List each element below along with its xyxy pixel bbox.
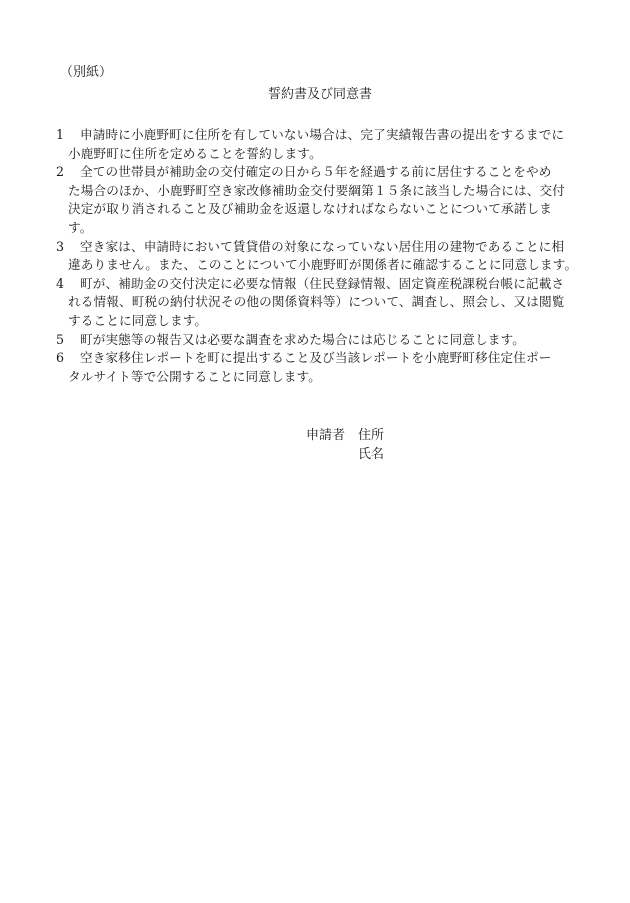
address-label: 住所	[358, 426, 418, 445]
applicant-label-spacer	[306, 445, 358, 464]
annex-label: （別紙）	[60, 64, 112, 82]
item-number: 2	[56, 163, 68, 182]
item-number: 6	[56, 349, 68, 368]
item-line: 町が実態等の報告又は必要な調査を求めた場合には応じることに同意します。	[80, 331, 596, 350]
item-line: 申請時に小鹿野町に住所を有していない場合は、完了実績報告書の提出をするまでに	[80, 126, 596, 145]
item-line: 全ての世帯員が補助金の交付確定の日から５年を経過する前に居住することをやめ	[80, 163, 596, 182]
item-line: することに同意します。	[68, 312, 596, 331]
item-line: た場合のほか、小鹿野町空き家改修補助金交付要綱第１５条に該当した場合には、交付	[68, 182, 596, 201]
pledge-item-1: 1 申請時に小鹿野町に住所を有していない場合は、完了実績報告書の提出をするまでに…	[56, 126, 596, 163]
pledge-items-list: 1 申請時に小鹿野町に住所を有していない場合は、完了実績報告書の提出をするまでに…	[56, 126, 596, 386]
item-line: れる情報、町税の納付状況その他の関係資料等）について、調査し、照会し、又は閲覧	[68, 293, 596, 312]
document-title: 誓約書及び同意書	[0, 86, 630, 104]
pledge-item-6: 6 空き家移住レポートを町に提出すること及び当該レポートを小鹿野町移住定住ポー …	[56, 349, 596, 386]
document-page: （別紙） 誓約書及び同意書 1 申請時に小鹿野町に住所を有していない場合は、完了…	[0, 0, 630, 903]
item-line: 空き家移住レポートを町に提出すること及び当該レポートを小鹿野町移住定住ポー	[80, 349, 596, 368]
item-line: 違ありません。また、このことについて小鹿野町が関係者に確認することに同意します。	[68, 256, 596, 275]
item-line: 小鹿野町に住所を定めることを誓約します。	[68, 145, 596, 164]
item-number: 1	[56, 126, 68, 145]
item-line: す。	[68, 219, 596, 238]
pledge-item-3: 3 空き家は、申請時において賃貸借の対象になっていない居住用の建物であることに相…	[56, 238, 596, 275]
item-line: 町が、補助金の交付決定に必要な情報（住民登録情報、固定資産税課税台帳に記載さ	[80, 275, 596, 294]
item-number: 5	[56, 331, 68, 350]
item-number: 4	[56, 275, 68, 294]
pledge-item-4: 4 町が、補助金の交付決定に必要な情報（住民登録情報、固定資産税課税台帳に記載さ…	[56, 275, 596, 331]
item-number: 3	[56, 238, 68, 257]
signature-name-row: 氏名	[306, 445, 418, 464]
pledge-item-5: 5 町が実態等の報告又は必要な調査を求めた場合には応じることに同意します。	[56, 331, 596, 350]
signature-address-row: 申請者 住所	[306, 426, 418, 445]
pledge-item-2: 2 全ての世帯員が補助金の交付確定の日から５年を経過する前に居住することをやめ …	[56, 163, 596, 237]
name-label: 氏名	[358, 445, 418, 464]
item-line: 空き家は、申請時において賃貸借の対象になっていない居住用の建物であることに相	[80, 238, 596, 257]
applicant-label: 申請者	[306, 426, 358, 445]
item-line: 決定が取り消されること及び補助金を返還しなければならないことについて承諾しま	[68, 200, 596, 219]
signature-block: 申請者 住所 氏名	[306, 426, 418, 464]
item-line: タルサイト等で公開することに同意します。	[68, 368, 596, 387]
